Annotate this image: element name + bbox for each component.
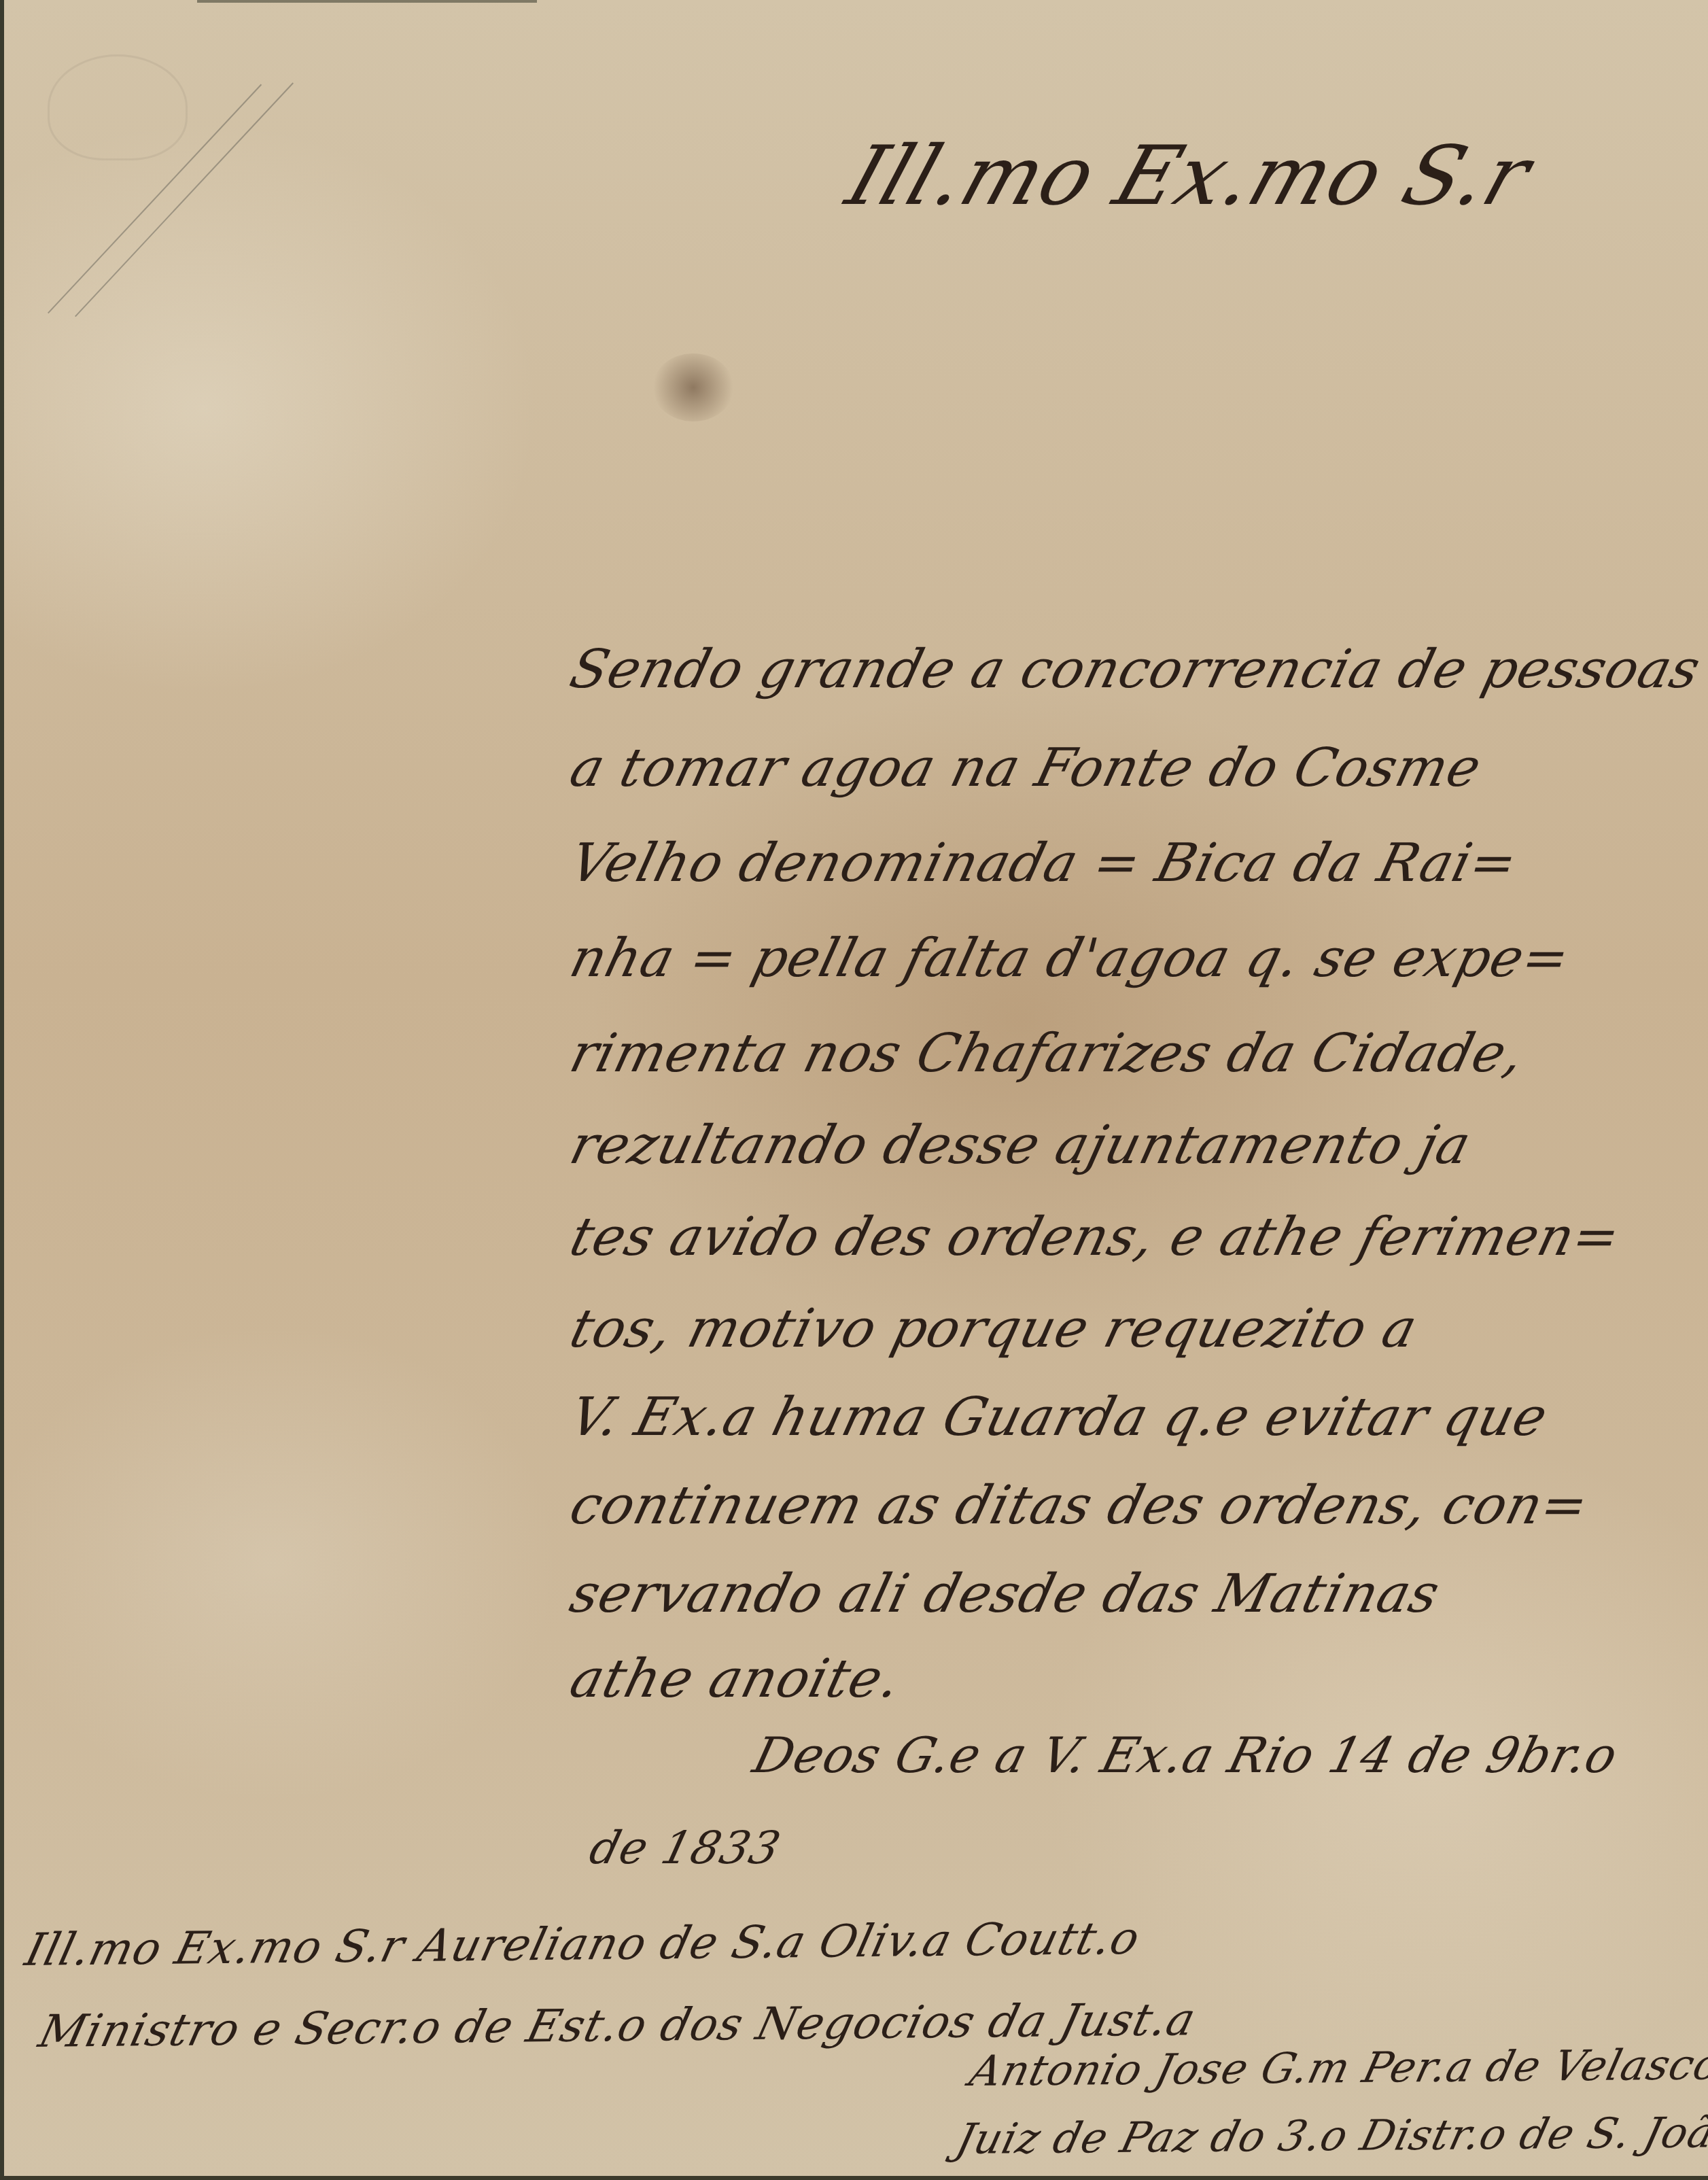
- body-line: servando ali desde das Matinas: [564, 1563, 1446, 1625]
- letter-page: Ill.mo Ex.mo S.r Sendo grande a concorre…: [0, 0, 1708, 2180]
- page-bottom-edge: [0, 2176, 1708, 2180]
- signature-name: Antonio Jose G.m Per.a de Velasco: [965, 2039, 1708, 2096]
- body-line: nha = pella falta d'agoa q. se expe=: [564, 928, 1576, 989]
- body-line: a tomar agoa na Fonte do Cosme: [564, 738, 1488, 799]
- addressee-line-1: Ill.mo Ex.mo S.r Aureliano de S.a Oliv.a…: [20, 1912, 1145, 1976]
- closing-date-line: Deos G.e a V. Ex.a Rio 14 de 9br.o: [748, 1727, 1624, 1784]
- page-left-edge: [0, 0, 4, 2180]
- signature-title: Juiz de Paz do 3.o Distr.o de S. João: [952, 2107, 1708, 2164]
- body-line: tes avido des ordens, e athe ferimen=: [564, 1207, 1626, 1268]
- salutation: Ill.mo Ex.mo S.r: [836, 129, 1542, 224]
- body-line: V. Ex.a huma Guarda q.e evitar que: [564, 1387, 1554, 1448]
- salutation-line-1: Ill.mo Ex.mo S.r: [836, 129, 1542, 224]
- watermark-impression: [48, 54, 188, 160]
- body-line: Sendo grande a concorrencia de pessoas: [564, 639, 1707, 700]
- body-line: athe anoite.: [564, 1648, 907, 1710]
- page-top-edge: [197, 0, 537, 3]
- body-line: continuem as ditas des ordens, con=: [564, 1475, 1594, 1536]
- body-line: tos, motivo porque requezito a: [564, 1298, 1423, 1360]
- body-line: Velho denominada = Bica da Rai=: [564, 833, 1524, 894]
- body-line: rezultando desse ajuntamento ja: [564, 1115, 1477, 1176]
- body-line: rimenta nos Chafarizes da Cidade,: [564, 1023, 1531, 1084]
- ink-stain: [652, 353, 734, 421]
- closing-year: de 1833: [585, 1822, 786, 1874]
